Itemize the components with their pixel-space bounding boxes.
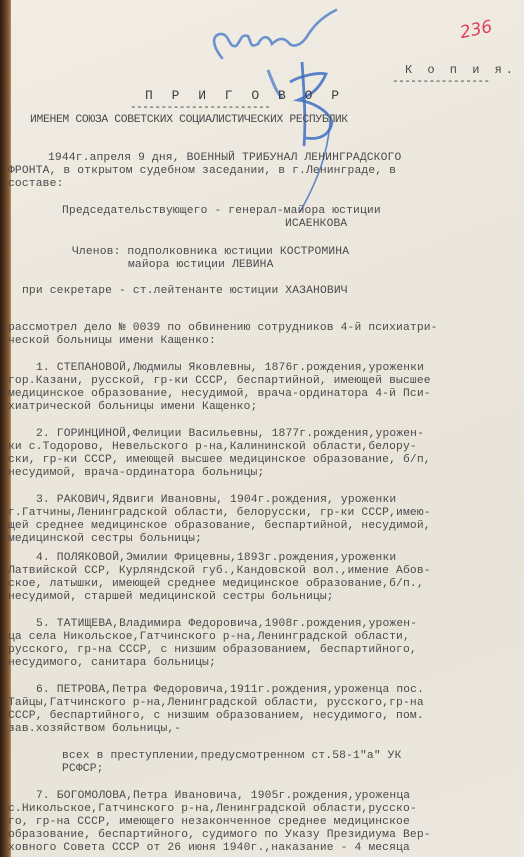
secretary-line: при секретаре - ст.лейтенанте юстиции ХА… — [22, 285, 348, 298]
defendant-4-line-1: 4. ПОЛЯКОВОЙ,Эмилии Фрицевны,1893г.рожде… — [36, 552, 396, 565]
intro-line-1: 1944г.апреля 9 дня, ВОЕННЫЙ ТРИБУНАЛ ЛЕН… — [48, 152, 401, 165]
defendant-4-line-3: ское, латышки, имеющей среднее медицинск… — [8, 578, 424, 591]
defendant-5-line-4: несудимого, санитара больницы; — [8, 657, 216, 670]
defendant-7-line-3: го, гр-на СССР, имеющего незаконченное с… — [8, 816, 410, 829]
intro-line-3: составе: — [8, 178, 63, 191]
case-line-1: рассмотрел дело № 0039 по обвинению сотр… — [8, 322, 438, 335]
charge-line-1: всех в преступлении,предусмотренном ст.5… — [62, 750, 402, 763]
defendant-6-line-4: зав.хозяйством больницы,- — [8, 723, 181, 736]
document-title: П Р И Г О В О Р — [145, 90, 345, 103]
copy-label: К о п и я. — [405, 64, 517, 77]
copy-underline: ---------------- — [392, 76, 490, 89]
defendant-2-line-1: 2. ГОРИНЦИНОЙ,Фелиции Васильевны, 1877г.… — [36, 428, 424, 441]
case-line-2: ческой больницы имени Кащенко: — [8, 335, 216, 348]
defendant-5-line-2: ца села Никольское,Гатчинского р-на,Лени… — [8, 631, 410, 644]
defendant-6-line-2: Тайцы,Гатчинского р-на,Ленинградской обл… — [8, 697, 424, 710]
charge-line-2: РСФСР; — [62, 763, 104, 776]
defendant-4-line-2: Латвийской ССР, Курляндской губ.,Кандовс… — [8, 565, 431, 578]
defendant-3-line-1: 3. РАКОВИЧ,Ядвиги Ивановны, 1904г.рожден… — [36, 494, 396, 507]
presiding-judge-name: ИСАЕНКОВА — [285, 218, 347, 231]
document-subtitle: ИМЕНЕМ СОЮЗА СОВЕТСКИХ СОЦИАЛИСТИЧЕСКИХ … — [30, 114, 348, 127]
defendant-5-line-1: 5. ТАТИЩЕВА,Владимира Федоровича,1908г.р… — [36, 618, 417, 631]
presiding-judge: Председательствующего - генерал-майора ю… — [62, 205, 381, 218]
defendant-2-line-2: ки с.Тодорово, Невельского р-на,Калининс… — [8, 441, 417, 454]
defendant-5-line-3: русского, гр-на СССР, с низшим образован… — [8, 644, 417, 657]
members-line-1: Членов: подполковника юстиции КОСТРОМИНА — [72, 246, 349, 259]
members-line-2: майора юстиции ЛЕВИНА — [128, 259, 274, 272]
defendant-3-line-2: г.Гатчины,Ленинградской области, белорус… — [8, 507, 431, 520]
intro-line-2: ФРОНТА, в открытом судебном заседании, в… — [8, 165, 396, 178]
defendant-1-line-1: 1. СТЕПАНОВОЙ,Людмилы Яковлевны, 1876г.р… — [36, 362, 424, 375]
defendant-4-line-4: несудимой, старшей медицинской сестры бо… — [8, 591, 334, 604]
defendant-7-line-4: образование, беспартийного, судимого по … — [8, 829, 431, 842]
defendant-6-line-3: СССР, беспартийного, с низшим образовани… — [8, 710, 424, 723]
defendant-3-line-3: щей среднее медицинское образование, бес… — [8, 520, 431, 533]
defendant-1-line-4: хиатрической больницы имени Кащенко; — [8, 401, 257, 414]
defendant-7-line-2: с.Никольское,Гатчинского р-на,Ленинградс… — [8, 803, 417, 816]
defendant-7-line-1: 7. БОГОМОЛОВА,Петра Ивановича, 1905г.рож… — [36, 790, 410, 803]
title-underline: ----------------------- — [130, 102, 270, 115]
defendant-2-line-4: несудимой, врача-ординатора больницы; — [8, 467, 264, 480]
defendant-1-line-3: медицинское образование, несудимой, врач… — [8, 388, 431, 401]
defendant-1-line-2: гор.Казани, русской, гр-ки СССР, беспарт… — [8, 375, 431, 388]
defendant-3-line-4: медицинской сестры больницы; — [8, 533, 202, 546]
defendant-7-line-5: ховного Совета СССР от 26 июня 1940г.,на… — [8, 842, 410, 855]
defendant-2-line-3: ски, гр-ки СССР, имеющей высшее медицинс… — [8, 454, 431, 467]
defendant-6-line-1: 6. ПЕТРОВА,Петра Федоровича,1911г.рожден… — [36, 684, 424, 697]
